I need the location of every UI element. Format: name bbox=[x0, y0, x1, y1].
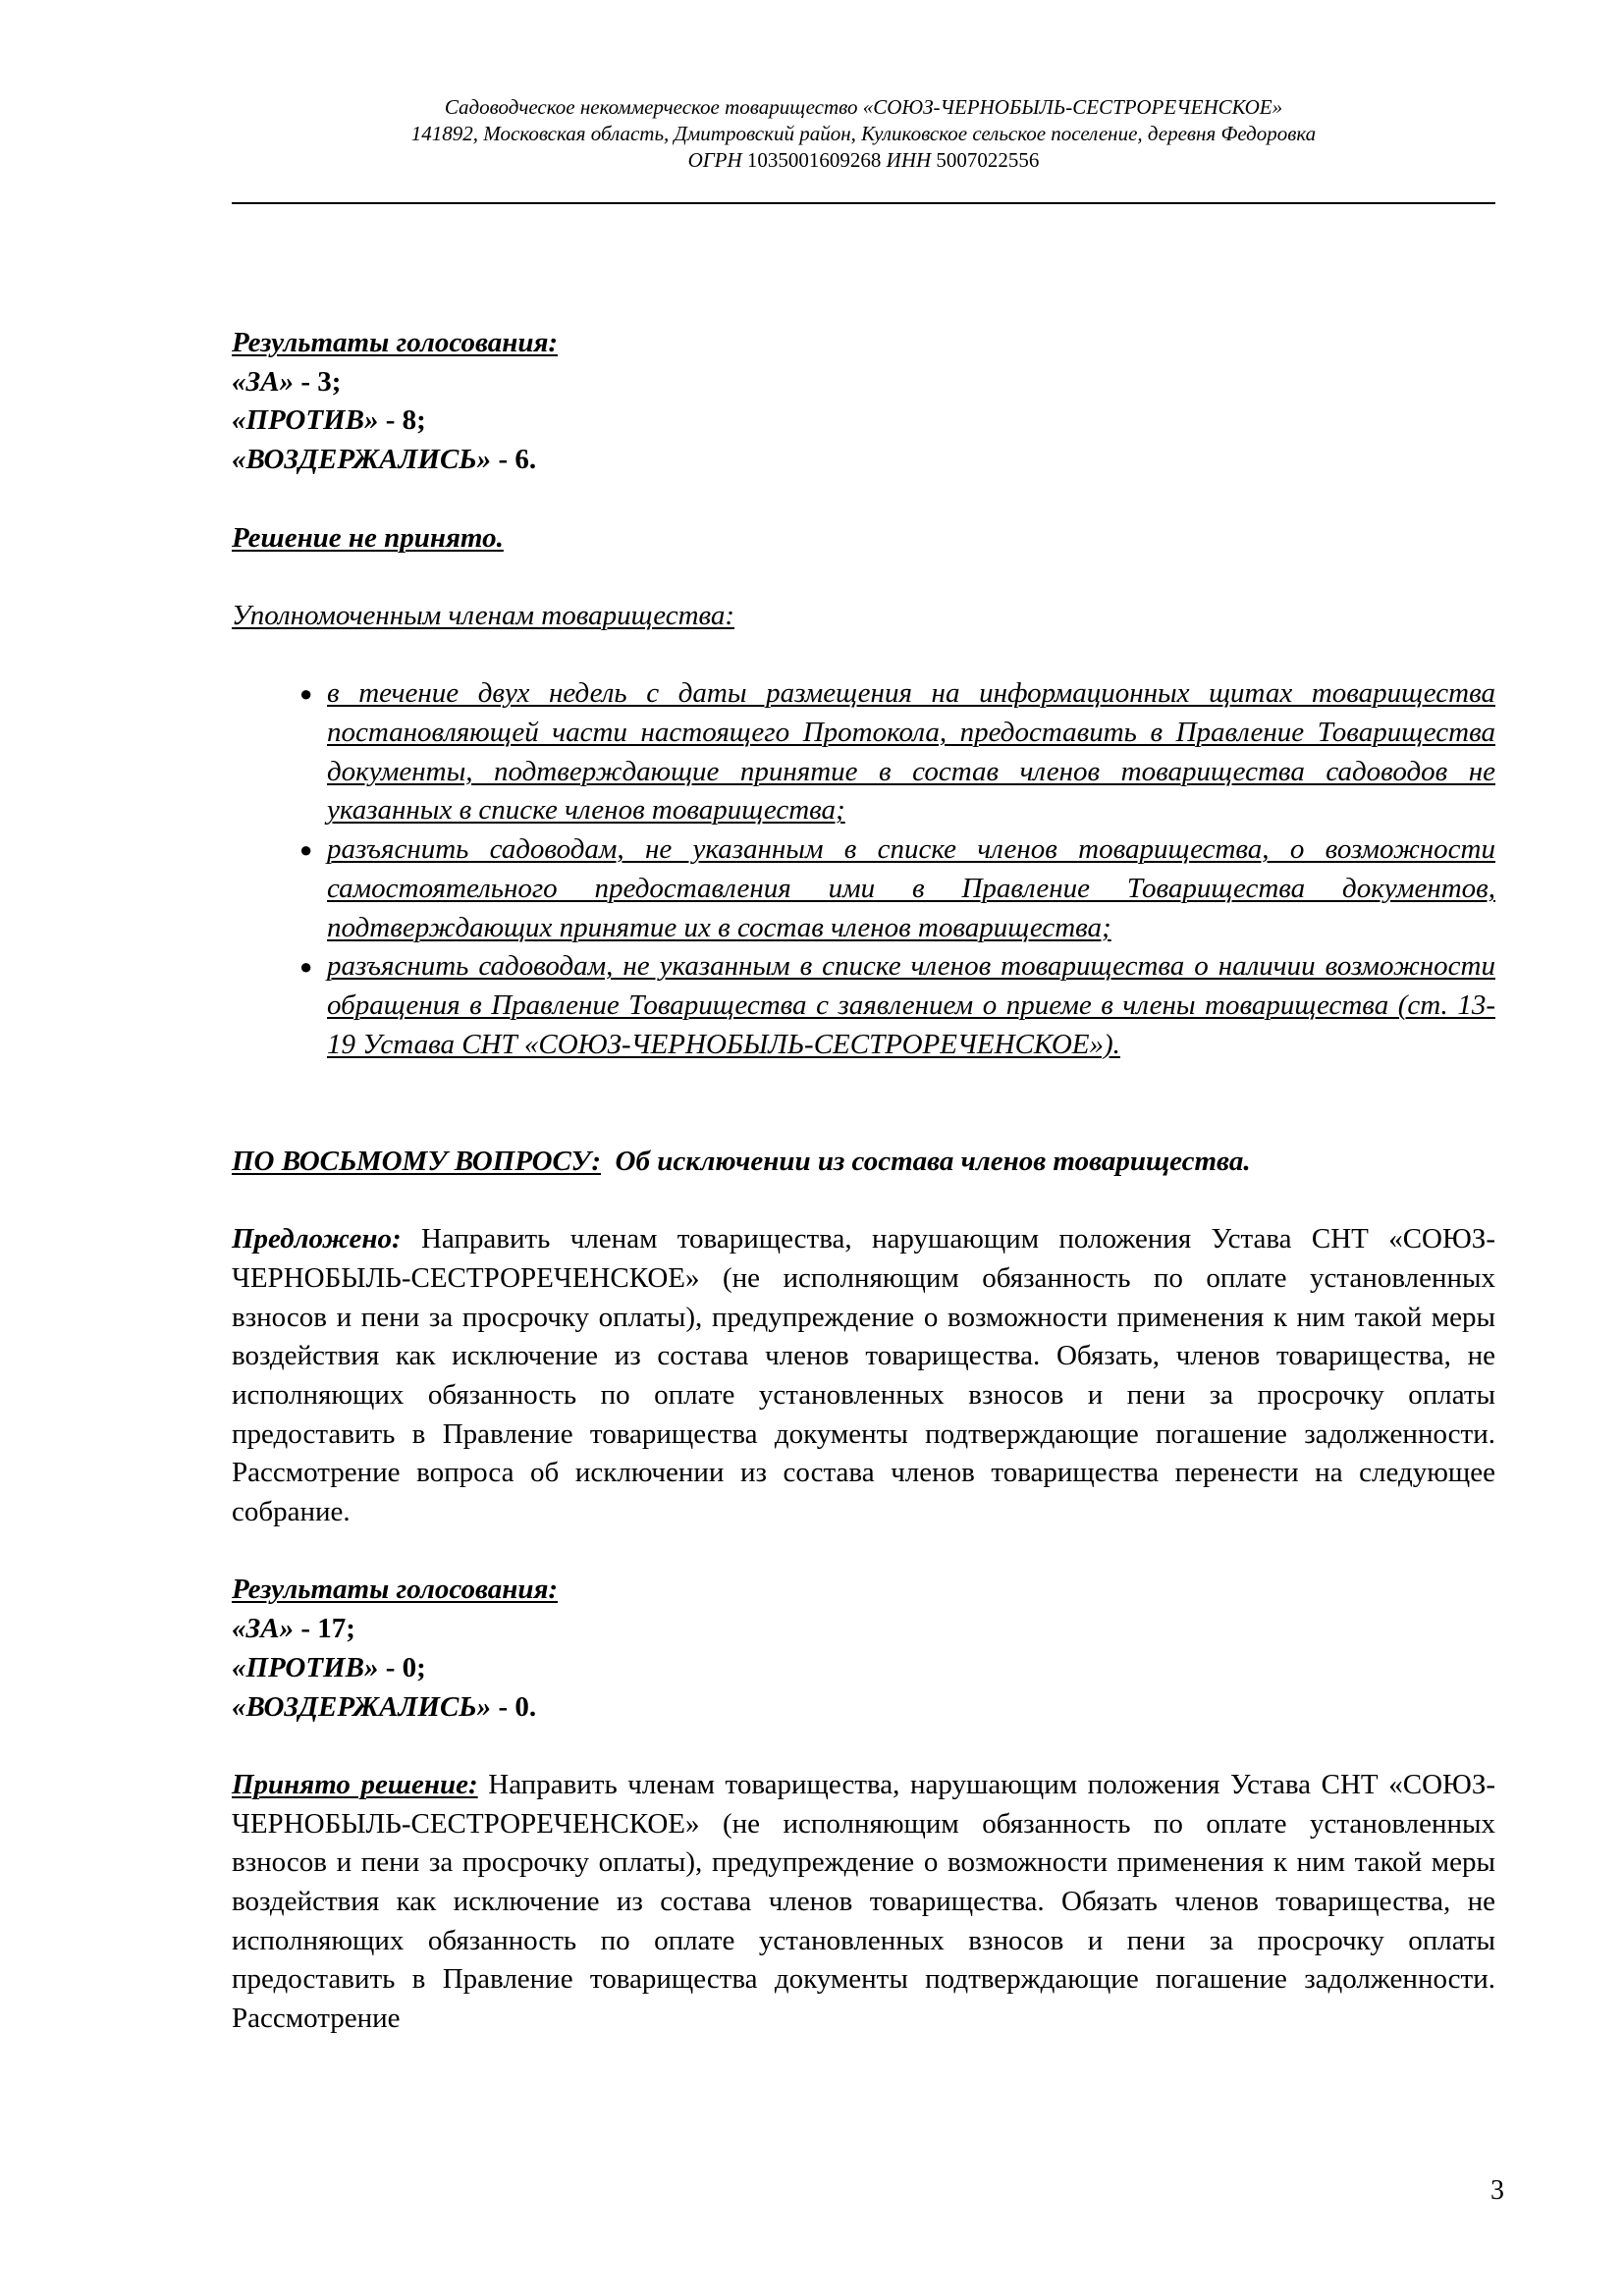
ogrn-label: ОГРН bbox=[688, 148, 742, 172]
vote-row-abstained: «ВОЗДЕРЖАЛИСЬ» - 0. bbox=[232, 1688, 1495, 1728]
adopted-decision-text: Направить членам товарищества, нарушающи… bbox=[232, 1769, 1495, 2034]
proposal-paragraph: Предложено: Направить членам товариществ… bbox=[232, 1220, 1495, 1532]
list-item: ●разъяснить садоводам, не указанным в сп… bbox=[327, 830, 1495, 947]
bullet-icon: ● bbox=[299, 830, 312, 870]
decision-not-adopted: Решение не принято. bbox=[232, 522, 504, 554]
authorized-tasks-list: ●в течение двух недель с даты размещения… bbox=[232, 674, 1495, 1064]
vote-row-for: «ЗА» - 3; bbox=[232, 363, 1495, 402]
page-number: 3 bbox=[1490, 2175, 1504, 2207]
letterhead: Садоводческое некоммерческое товариществ… bbox=[232, 94, 1495, 174]
header-divider bbox=[232, 202, 1495, 204]
vote-row-abstained: «ВОЗДЕРЖАЛИСЬ» - 6. bbox=[232, 441, 1495, 480]
proposal-label: Предложено: bbox=[232, 1223, 402, 1255]
voting-results-title: Результаты голосования: bbox=[232, 327, 558, 358]
inn-label: ИНН bbox=[887, 148, 932, 172]
letterhead-org-name: Садоводческое некоммерческое товариществ… bbox=[232, 94, 1495, 121]
authorized-members-title: Уполномоченным членам товарищества: bbox=[232, 600, 734, 631]
voting-results-2: Результаты голосования: «ЗА» - 17; «ПРОТ… bbox=[232, 1571, 1495, 1727]
section-title: Об исключении из состава членов товарище… bbox=[616, 1146, 1251, 1177]
ogrn-value: 1035001609268 bbox=[747, 148, 882, 172]
vote-row-against: «ПРОТИВ» - 8; bbox=[232, 401, 1495, 441]
adopted-decision-label: Принято решение: bbox=[232, 1769, 478, 1800]
list-item: ●в течение двух недель с даты размещения… bbox=[327, 674, 1495, 830]
vote-row-for: «ЗА» - 17; bbox=[232, 1610, 1495, 1649]
bullet-icon: ● bbox=[299, 674, 312, 714]
voting-results-title: Результаты голосования: bbox=[232, 1574, 558, 1605]
bullet-icon: ● bbox=[299, 947, 312, 987]
vote-row-against: «ПРОТИВ» - 0; bbox=[232, 1649, 1495, 1688]
section-eight-heading: ПО ВОСЬМОМУ ВОПРОСУ: Об исключении из со… bbox=[232, 1143, 1495, 1182]
letterhead-registration: ОГРН 1035001609268 ИНН 5007022556 bbox=[232, 147, 1495, 174]
proposal-text: Направить членам товарищества, нарушающи… bbox=[232, 1223, 1495, 1527]
list-item: ●разъяснить садоводам, не указанным в сп… bbox=[327, 947, 1495, 1064]
inn-value: 5007022556 bbox=[936, 148, 1039, 172]
section-label: ПО ВОСЬМОМУ ВОПРОСУ: bbox=[232, 1146, 601, 1177]
adopted-decision-paragraph: Принято решение: Направить членам товари… bbox=[232, 1766, 1495, 2039]
letterhead-address: 141892, Московская область, Дмитровский … bbox=[232, 121, 1495, 147]
document-body: Результаты голосования: «ЗА» - 3; «ПРОТИ… bbox=[232, 324, 1495, 2039]
voting-results-1: Результаты голосования: «ЗА» - 3; «ПРОТИ… bbox=[232, 324, 1495, 480]
